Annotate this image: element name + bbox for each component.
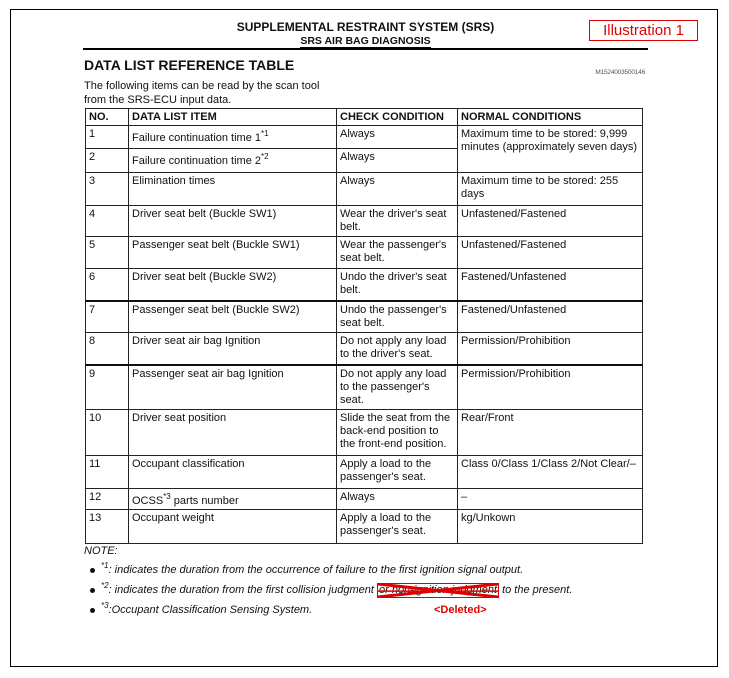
cell-normal-conditions: Permission/Prohibition [458, 365, 643, 410]
intro-line-2: from the SRS-ECU input data. [84, 93, 319, 107]
cell-data-list-item: OCSS*3 parts number [129, 489, 337, 510]
cell-normal-conditions: Rear/Front [458, 410, 643, 456]
table-row: 1Failure continuation time 1*1AlwaysMaxi… [86, 126, 643, 149]
item-label: Occupant classification [132, 458, 245, 470]
note-ref: *3 [101, 601, 109, 610]
item-label: Passenger seat belt (Buckle SW2) [132, 304, 300, 316]
note-ref: *1 [101, 561, 109, 570]
cell-normal-conditions: Fastened/Unfastened [458, 301, 643, 333]
bullet-icon [90, 588, 95, 593]
cell-data-list-item: Failure continuation time 2*2 [129, 149, 337, 173]
cell-check-condition: Undo the driver's seat belt. [337, 269, 458, 301]
bullet-icon [90, 568, 95, 573]
cell-normal-conditions: – [458, 489, 643, 510]
item-label: Driver seat belt (Buckle SW1) [132, 208, 276, 220]
item-label: Passenger seat air bag Ignition [132, 368, 284, 380]
item-label: Driver seat position [132, 412, 226, 424]
document-subtitle: SRS AIR BAG DIAGNOSIS [83, 35, 648, 47]
note-text-before: : indicates the duration from the first … [109, 584, 377, 596]
item-suffix: parts number [171, 495, 239, 507]
header-normal-conditions: NORMAL CONDITIONS [458, 109, 643, 126]
cell-data-list-item: Failure continuation time 1*1 [129, 126, 337, 149]
table-row: 8Driver seat air bag IgnitionDo not appl… [86, 333, 643, 365]
cell-data-list-item: Driver seat belt (Buckle SW2) [129, 269, 337, 301]
cell-no: 2 [86, 149, 129, 173]
cell-check-condition: Apply a load to the passenger's seat. [337, 510, 458, 544]
cell-no: 6 [86, 269, 129, 301]
cell-check-condition: Always [337, 489, 458, 510]
cell-data-list-item: Driver seat air bag Ignition [129, 333, 337, 365]
table-row: 9Passenger seat air bag IgnitionDo not a… [86, 365, 643, 410]
note-text: : indicates the duration from the occurr… [109, 564, 524, 576]
illustration-label: Illustration 1 [589, 20, 698, 41]
cell-normal-conditions: Unfastened/Fastened [458, 237, 643, 269]
cell-normal-conditions: Maximum time to be stored: 255 days [458, 173, 643, 206]
note-item-3: *3:Occupant Classification Sensing Syste… [90, 603, 572, 623]
intro-line-1: The following items can be read by the s… [84, 79, 319, 93]
footnote-ref: *3 [163, 492, 171, 501]
cell-check-condition: Wear the driver's seat belt. [337, 206, 458, 237]
cell-data-list-item: Passenger seat belt (Buckle SW1) [129, 237, 337, 269]
deleted-text-box: or non-ignition judgment [377, 583, 499, 598]
cell-no: 13 [86, 510, 129, 544]
cell-check-condition: Do not apply any load to the driver's se… [337, 333, 458, 365]
item-label: Elimination times [132, 175, 215, 187]
document-subtitle-text: SRS AIR BAG DIAGNOSIS [300, 35, 430, 48]
cell-normal-conditions: Class 0/Class 1/Class 2/Not Clear/– [458, 456, 643, 489]
cell-check-condition: Always [337, 126, 458, 149]
cell-no: 4 [86, 206, 129, 237]
note-text-after: to the present. [499, 584, 572, 596]
data-list-table: NO. DATA LIST ITEM CHECK CONDITION NORMA… [85, 108, 643, 544]
cell-no: 10 [86, 410, 129, 456]
section-title: DATA LIST REFERENCE TABLE [84, 57, 294, 73]
cell-normal-conditions: Fastened/Unfastened [458, 269, 643, 301]
document-code: M1524003500146 [580, 69, 645, 76]
table-header-row: NO. DATA LIST ITEM CHECK CONDITION NORMA… [86, 109, 643, 126]
table-row: 11Occupant classificationApply a load to… [86, 456, 643, 489]
cell-check-condition: Always [337, 149, 458, 173]
cell-no: 3 [86, 173, 129, 206]
item-label: Passenger seat belt (Buckle SW1) [132, 239, 300, 251]
table-row: 12OCSS*3 parts numberAlways– [86, 489, 643, 510]
table-row: 5Passenger seat belt (Buckle SW1)Wear th… [86, 237, 643, 269]
cell-data-list-item: Driver seat belt (Buckle SW1) [129, 206, 337, 237]
item-label: OCSS [132, 495, 163, 507]
table-row: 4Driver seat belt (Buckle SW1)Wear the d… [86, 206, 643, 237]
header-check-condition: CHECK CONDITION [337, 109, 458, 126]
deleted-label: <Deleted> [434, 604, 487, 616]
cell-normal-conditions: kg/Unkown [458, 510, 643, 544]
cell-data-list-item: Passenger seat air bag Ignition [129, 365, 337, 410]
note-item-2: *2: indicates the duration from the firs… [90, 583, 572, 603]
item-label: Driver seat air bag Ignition [132, 335, 260, 347]
item-label: Driver seat belt (Buckle SW2) [132, 271, 276, 283]
notes-list: *1: indicates the duration from the occu… [90, 563, 572, 623]
cell-check-condition: Always [337, 173, 458, 206]
cell-data-list-item: Passenger seat belt (Buckle SW2) [129, 301, 337, 333]
document-title: SUPPLEMENTAL RESTRAINT SYSTEM (SRS) [83, 21, 648, 34]
cell-no: 7 [86, 301, 129, 333]
table-row: 3Elimination timesAlwaysMaximum time to … [86, 173, 643, 206]
item-label: Occupant weight [132, 512, 214, 524]
table-row: 10Driver seat positionSlide the seat fro… [86, 410, 643, 456]
note-text: :Occupant Classification Sensing System. [109, 604, 313, 616]
cell-check-condition: Do not apply any load to the passenger's… [337, 365, 458, 410]
cell-no: 11 [86, 456, 129, 489]
cross-out-icon [378, 584, 498, 597]
header-no: NO. [86, 109, 129, 126]
item-label: Failure continuation time 2 [132, 155, 261, 167]
intro-text: The following items can be read by the s… [84, 79, 319, 107]
note-ref: *2 [101, 581, 109, 590]
cell-no: 1 [86, 126, 129, 149]
cell-data-list-item: Driver seat position [129, 410, 337, 456]
item-label: Failure continuation time 1 [132, 132, 261, 144]
cell-normal-conditions: Maximum time to be stored: 9,999 minutes… [458, 126, 643, 173]
table-row: 13Occupant weightApply a load to the pas… [86, 510, 643, 544]
bullet-icon [90, 608, 95, 613]
footnote-ref: *1 [261, 129, 269, 138]
cell-data-list-item: Elimination times [129, 173, 337, 206]
cell-check-condition: Wear the passenger's seat belt. [337, 237, 458, 269]
cell-check-condition: Apply a load to the passenger's seat. [337, 456, 458, 489]
cell-normal-conditions: Permission/Prohibition [458, 333, 643, 365]
cell-no: 8 [86, 333, 129, 365]
cell-normal-conditions: Unfastened/Fastened [458, 206, 643, 237]
cell-no: 9 [86, 365, 129, 410]
cell-no: 5 [86, 237, 129, 269]
cell-data-list-item: Occupant classification [129, 456, 337, 489]
note-item-1: *1: indicates the duration from the occu… [90, 563, 572, 583]
footnote-ref: *2 [261, 152, 269, 161]
cell-check-condition: Slide the seat from the back-end positio… [337, 410, 458, 456]
table-row: 7Passenger seat belt (Buckle SW2)Undo th… [86, 301, 643, 333]
cell-data-list-item: Occupant weight [129, 510, 337, 544]
header-data-list-item: DATA LIST ITEM [129, 109, 337, 126]
header-rule [83, 48, 648, 50]
table-row: 6Driver seat belt (Buckle SW2)Undo the d… [86, 269, 643, 301]
note-heading: NOTE: [84, 545, 118, 557]
cell-no: 12 [86, 489, 129, 510]
cell-check-condition: Undo the passenger's seat belt. [337, 301, 458, 333]
